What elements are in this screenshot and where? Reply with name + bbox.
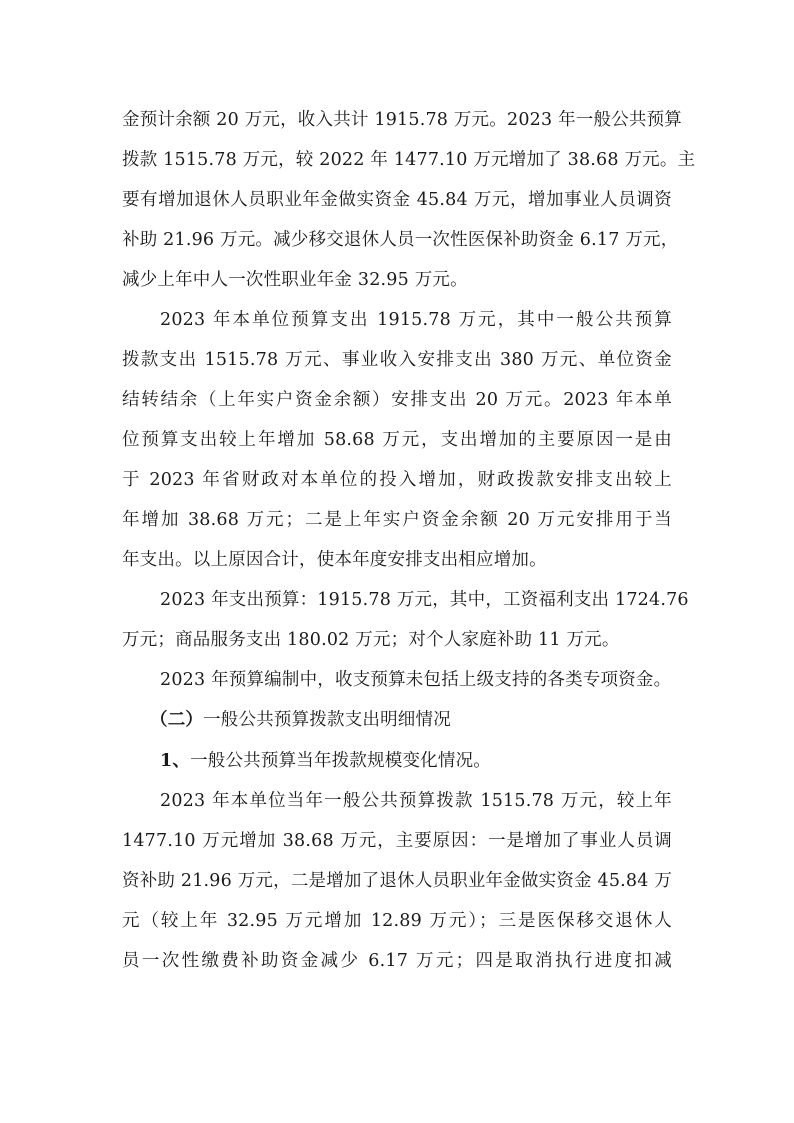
text-line: 2023 年本单位预算支出 1915.78 万元，其中一般公共预算 bbox=[160, 307, 672, 333]
text-line: 拨款支出 1515.78 万元、事业收入安排支出 380 万元、单位资金 bbox=[122, 347, 672, 373]
text-line: 补助 21.96 万元。减少移交退休人员一次性医保补助资金 6.17 万元， bbox=[122, 227, 672, 253]
text-line: 2023 年支出预算：1915.78 万元，其中，工资福利支出 1724.76 bbox=[160, 587, 672, 613]
text-line: 2023 年本单位当年一般公共预算拨款 1515.78 万元，较上年 bbox=[160, 788, 672, 814]
section-heading-text: 一般公共预算拨款支出明细情况 bbox=[203, 710, 451, 730]
section-heading-marker: （二） bbox=[150, 710, 203, 730]
text-line: 减少上年中人一次性职业年金 32.95 万元。 bbox=[122, 267, 672, 293]
text-line: 年增加 38.68 万元；二是上年实户资金余额 20 万元安排用于当 bbox=[122, 507, 672, 533]
text-line: 要有增加退休人员职业年金做实资金 45.84 万元，增加事业人员调资 bbox=[122, 187, 672, 213]
text-line: 员一次性缴费补助资金减少 6.17 万元；四是取消执行进度扣减 bbox=[122, 948, 672, 974]
text-line: 拨款 1515.78 万元，较 2022 年 1477.10 万元增加了 38.… bbox=[122, 147, 672, 173]
text-line: 2023 年预算编制中，收支预算未包括上级支持的各类专项资金。 bbox=[160, 667, 672, 693]
text-line: 位预算支出较上年增加 58.68 万元，支出增加的主要原因一是由 bbox=[122, 427, 672, 453]
text-line: 年支出。以上原因合计，使本年度安排支出相应增加。 bbox=[122, 547, 672, 573]
subsection-heading: 1、一般公共预算当年拨款规模变化情况。 bbox=[160, 748, 672, 774]
text-line: 金预计余额 20 万元，收入共计 1915.78 万元。2023 年一般公共预算 bbox=[122, 107, 672, 133]
subsection-heading-text: 一般公共预算当年拨款规模变化情况。 bbox=[190, 751, 491, 771]
text-line: 资补助 21.96 万元，二是增加了退休人员职业年金做实资金 45.84 万 bbox=[122, 868, 672, 894]
text-line: 万元；商品服务支出 180.02 万元；对个人家庭补助 11 万元。 bbox=[122, 627, 672, 653]
text-line: 于 2023 年省财政对本单位的投入增加，财政拨款安排支出较上 bbox=[122, 467, 672, 493]
text-line: 元（较上年 32.95 万元增加 12.89 万元）；三是医保移交退休人 bbox=[122, 908, 672, 934]
subsection-heading-marker: 1、 bbox=[160, 751, 190, 771]
text-line: 1477.10 万元增加 38.68 万元，主要原因：一是增加了事业人员调 bbox=[122, 828, 672, 854]
text-line: 结转结余（上年实户资金余额）安排支出 20 万元。2023 年本单 bbox=[122, 387, 672, 413]
section-heading: （二）一般公共预算拨款支出明细情况 bbox=[150, 707, 672, 733]
document-page: 金预计余额 20 万元，收入共计 1915.78 万元。2023 年一般公共预算… bbox=[0, 0, 794, 1123]
